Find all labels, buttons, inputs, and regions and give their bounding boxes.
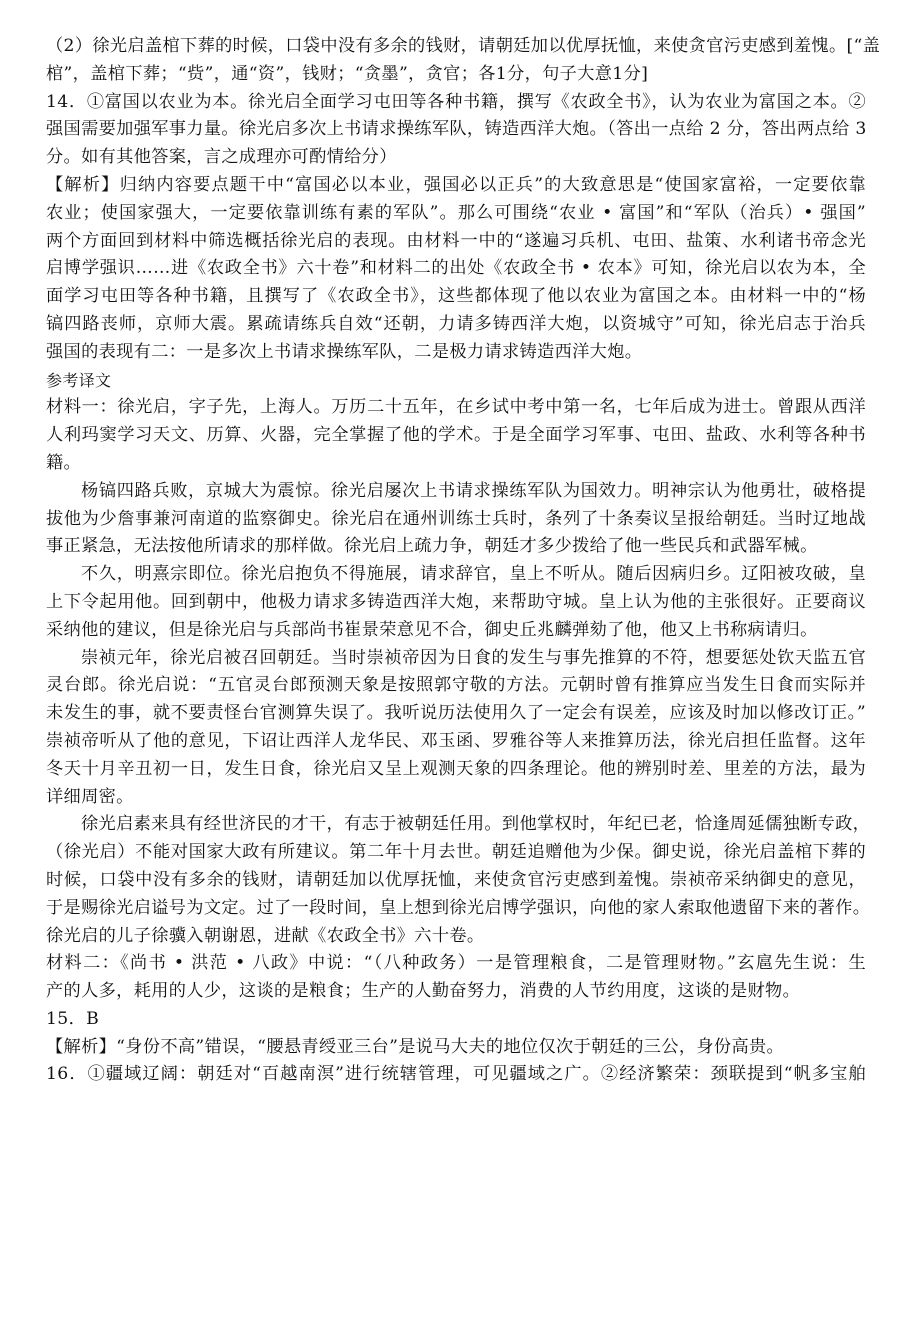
material-2: 材料二：《尚书 • 洪范 • 八政》中说：“（八种政务）一是管理粮食，二是管理财…: [46, 950, 866, 1006]
text-line: 籍。: [46, 450, 866, 478]
text-line: 事正紧急，无法按他所请求的那样做。徐光启上疏力争，朝廷才多少拨给了他一些民兵和武…: [46, 533, 866, 561]
text-line: 冬天十月辛丑初一日，发生日食，徐光启又呈上观测天象的四条理论。他的辨别时差、里差…: [46, 756, 866, 784]
text-line: 分。如有其他答案，言之成理亦可酌情给分）: [46, 144, 866, 172]
text-line: 14．①富国以农业为本。徐光启全面学习屯田等各种书籍，撰写《农政全书》，认为农业…: [46, 89, 866, 117]
text-line: 人利玛窦学习天文、历算、火器，完全掌握了他的学术。于是全面学习军事、屯田、盐政、…: [46, 422, 866, 450]
text-line: 详细周密。: [46, 784, 866, 812]
q13-part2-answer: （2）徐光启盖棺下葬的时候，口袋中没有多余的钱财，请朝廷加以优厚抚恤，来使贪官污…: [46, 33, 866, 89]
text-line: 材料一：徐光启，字子先，上海人。万历二十五年，在乡试中考中第一名，七年后成为进士…: [46, 394, 866, 422]
text-line: 拔他为少詹事兼河南道的监察御史。徐光启在通州训练士兵时，条列了十条奏议呈报给朝廷…: [46, 506, 866, 534]
text-line: 徐光启素来具有经世济民的才干，有志于被朝廷任用。到他掌权时，年纪已老，恰逢周延儒…: [46, 811, 866, 839]
text-line: 崇祯帝听从了他的意见，下诏让西洋人龙华民、邓玉函、罗雅谷等人来推算历法，徐光启担…: [46, 728, 866, 756]
text-line: 崇祯元年，徐光启被召回朝廷。当时崇祯帝因为日食的发生与事先推算的不符，想要惩处钦…: [46, 645, 866, 673]
q15-analysis: 【解析】“身份不高”错误，“腰悬青绶亚三台”是说马大夫的地位仅次于朝廷的三公，身…: [46, 1034, 866, 1062]
material-1-paragraph-4: 崇祯元年，徐光启被召回朝廷。当时崇祯帝因为日食的发生与事先推算的不符，想要惩处钦…: [46, 645, 866, 812]
text-line: 采纳他的建议，但是徐光启与兵部尚书崔景荣意见不合，御史丘兆麟弹劾了他，他又上书称…: [46, 617, 866, 645]
text-line: 【解析】归纳内容要点题干中“富国必以本业，强国必以正兵”的大致意思是“使国家富裕…: [46, 172, 866, 200]
document-page: （2）徐光启盖棺下葬的时候，口袋中没有多余的钱财，请朝廷加以优厚抚恤，来使贪官污…: [46, 33, 866, 1089]
text-line: 时候，口袋中没有多余的钱财，请朝廷加以优厚抚恤，来使贪官污吏感到羞愧。崇祯帝采纳…: [46, 867, 866, 895]
text-line: 徐光启的儿子徐骥入朝谢恩，进献《农政全书》六十卷。: [46, 923, 866, 951]
translation-heading: 参考译文: [46, 367, 866, 395]
q14-answer: 14．①富国以农业为本。徐光启全面学习屯田等各种书籍，撰写《农政全书》，认为农业…: [46, 89, 866, 172]
q16-answer: 16．①疆域辽阔：朝廷对“百越南溟”进行统辖管理，可见疆域之广。②经济繁荣：颈联…: [46, 1061, 866, 1089]
text-line: （2）徐光启盖棺下葬的时候，口袋中没有多余的钱财，请朝廷加以优厚抚恤，来使贪官污…: [46, 33, 866, 61]
text-line: 面学习屯田等各种书籍，且撰写了《农政全书》，这些都体现了他以农业为富国之本。由材…: [46, 283, 866, 311]
text-line: 两个方面回到材料中筛选概括徐光启的表现。由材料一中的“遂遍习兵机、屯田、盐策、水…: [46, 228, 866, 256]
text-line: 灵台郎。徐光启说：“五官灵台郎预测天象是按照郭守敬的方法。元朝时曾有推算应当发生…: [46, 672, 866, 700]
material-1-paragraph-3: 不久，明熹宗即位。徐光启抱负不得施展，请求辞官，皇上不听从。随后因病归乡。辽阳被…: [46, 561, 866, 644]
text-line: 上下令起用他。回到朝中，他极力请求多铸造西洋大炮，来帮助守城。皇上认为他的主张很…: [46, 589, 866, 617]
text-line: 镐四路丧师，京师大震。累疏请练兵自效“还朝，力请多铸西洋大炮，以资城守”可知，徐…: [46, 311, 866, 339]
material-1-paragraph-5: 徐光启素来具有经世济民的才干，有志于被朝廷任用。到他掌权时，年纪已老，恰逢周延儒…: [46, 811, 866, 950]
text-line: 未发生的事，就不要责怪台官测算失误了。我听说历法使用久了一定会有误差，应该及时加…: [46, 700, 866, 728]
text-line: 于是赐徐光启谥号为文定。过了一段时间，皇上想到徐光启博学强识，向他的家人索取他遗…: [46, 895, 866, 923]
text-line: 强国的表现有二：一是多次上书请求操练军队，二是极力请求铸造西洋大炮。: [46, 339, 866, 367]
text-line: 农业；使国家强大，一定要依靠训练有素的军队”。那么可围绕“农业 • 富国”和“军…: [46, 200, 866, 228]
text-line: 棺”，盖棺下葬；“赀”，通“资”，钱财；“贪墨”，贪官；各1分，句子大意1分]: [46, 61, 866, 89]
text-line: 不久，明熹宗即位。徐光启抱负不得施展，请求辞官，皇上不听从。随后因病归乡。辽阳被…: [46, 561, 866, 589]
q15-answer: 15．B: [46, 1006, 866, 1034]
text-line: 强国需要加强军事力量。徐光启多次上书请求操练军队，铸造西洋大炮。（答出一点给 2…: [46, 116, 866, 144]
text-line: 启博学强识……进《农政全书》六十卷”和材料二的出处《农政全书 • 农本》可知，徐…: [46, 255, 866, 283]
text-line: 杨镐四路兵败，京城大为震惊。徐光启屡次上书请求操练军队为国效力。明神宗认为他勇壮…: [46, 478, 866, 506]
material-1-paragraph-2: 杨镐四路兵败，京城大为震惊。徐光启屡次上书请求操练军队为国效力。明神宗认为他勇壮…: [46, 478, 866, 561]
text-line: 产的人多，耗用的人少，这谈的是粮食；生产的人勤奋努力，消费的人节约用度，这谈的是…: [46, 978, 866, 1006]
text-line: 材料二：《尚书 • 洪范 • 八政》中说：“（八种政务）一是管理粮食，二是管理财…: [46, 950, 866, 978]
text-line: （徐光启）不能对国家大政有所建议。第二年十月去世。朝廷追赠他为少保。御史说，徐光…: [46, 839, 866, 867]
material-1-paragraph-1: 材料一：徐光启，字子先，上海人。万历二十五年，在乡试中考中第一名，七年后成为进士…: [46, 394, 866, 477]
q14-analysis: 【解析】归纳内容要点题干中“富国必以本业，强国必以正兵”的大致意思是“使国家富裕…: [46, 172, 866, 367]
